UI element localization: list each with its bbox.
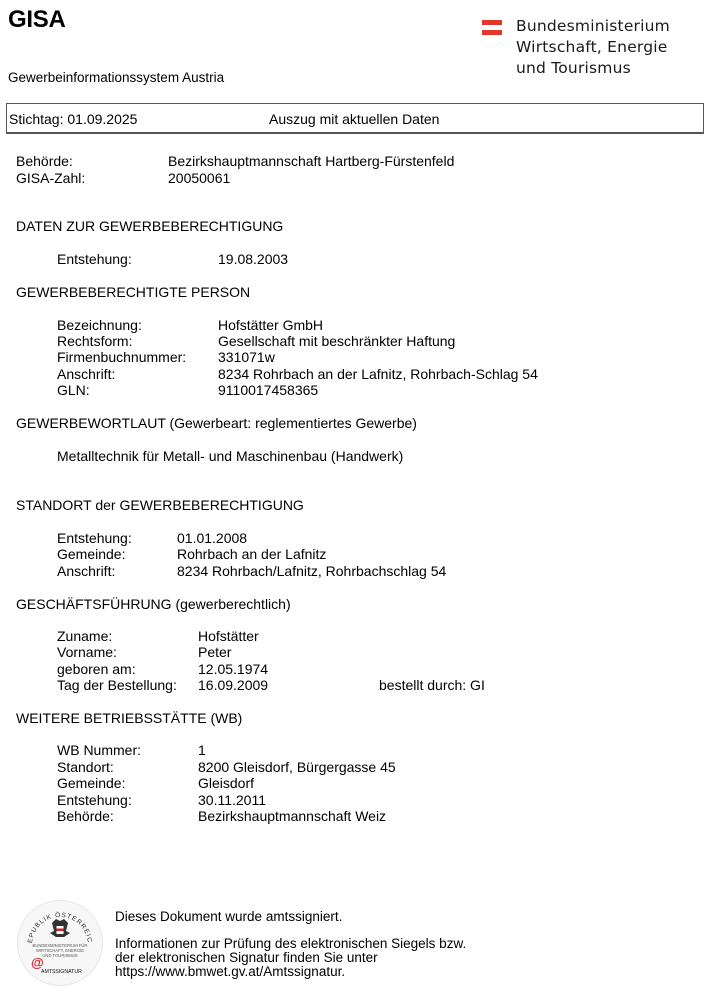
section-title-standort: STANDORT der GEWERBEBERECHTIGUNG — [16, 497, 304, 513]
section-title-geschaeftsfuehrung: GESCHÄFTSFÜHRUNG (gewerberechtlich) — [16, 596, 291, 612]
field-value: 30.11.2011 — [198, 792, 266, 808]
field-value: 16.09.2009 — [198, 677, 268, 693]
signed-notice: Dieses Dokument wurde amtssigniert. — [115, 910, 342, 924]
field-value: Hofstätter — [198, 628, 259, 644]
field-label: GLN: — [57, 382, 90, 398]
field-label: Behörde: — [57, 808, 114, 824]
field-value: Hofstätter GmbH — [218, 317, 323, 333]
field-label: Bezeichnung: — [57, 317, 142, 333]
austrian-flag-stripe-bottom-icon — [482, 30, 502, 35]
field-value: Peter — [198, 644, 231, 660]
field-label: Entstehung: — [57, 251, 132, 267]
field-value: Bezirkshauptmannschaft Weiz — [198, 808, 386, 824]
field-label: Rechtsform: — [57, 333, 132, 349]
appointed-by: bestellt durch: GI — [379, 677, 485, 693]
ministry-line-3: und Tourismus — [516, 58, 670, 79]
svg-text:@: @ — [31, 955, 44, 970]
section-title-berechtigung: DATEN ZUR GEWERBEBERECHTIGUNG — [16, 218, 283, 234]
field-value: 01.01.2008 — [177, 530, 247, 546]
authority-value: Bezirkshauptmannschaft Hartberg-Fürstenf… — [168, 153, 454, 169]
ministry-line-2: Wirtschaft, Energie — [516, 37, 670, 58]
section-title-wortlaut: GEWERBEWORTLAUT (Gewerbeart: reglementie… — [16, 415, 417, 431]
svg-text:AMTSSIGNATUR: AMTSSIGNATUR — [41, 969, 82, 975]
field-label: Zuname: — [57, 628, 112, 644]
field-value: 1 — [198, 742, 206, 758]
field-value: 8200 Gleisdorf, Bürgergasse 45 — [198, 759, 396, 775]
field-label: WB Nummer: — [57, 742, 141, 758]
field-label: Anschrift: — [57, 366, 115, 382]
svg-text:UND TOURISMUS: UND TOURISMUS — [42, 953, 77, 958]
field-label: Entstehung: — [57, 792, 132, 808]
field-label: Anschrift: — [57, 563, 115, 579]
field-label: Tag der Bestellung: — [57, 677, 177, 693]
authority-label: Behörde: — [16, 153, 73, 169]
austrian-flag-stripe-top-icon — [482, 20, 502, 25]
field-value: 8234 Rohrbach/Lafnitz, Rohrbachschlag 54 — [177, 563, 446, 579]
extract-banner: Stichtag: 01.09.2025 Auszug mit aktuelle… — [6, 103, 704, 134]
field-label: Standort: — [57, 759, 114, 775]
field-label: Entstehung: — [57, 530, 132, 546]
reference-date: Stichtag: 01.09.2025 — [9, 111, 137, 127]
verification-info-line-2: der elektronischen Signatur finden Sie u… — [115, 951, 378, 965]
seal-graphic: REPUBLIK ÖSTERREICH BUNDESMINISTERIUM FÜ… — [18, 901, 102, 985]
field-label: geboren am: — [57, 661, 136, 677]
ministry-line-1: Bundesministerium — [516, 16, 670, 37]
field-label: Gemeinde: — [57, 775, 125, 791]
field-value: 331071w — [218, 349, 275, 365]
section-title-betriebsstaette: WEITERE BETRIEBSSTÄTTE (WB) — [16, 710, 242, 726]
field-value: Gesellschaft mit beschränkter Haftung — [218, 333, 455, 349]
field-label: Firmenbuchnummer: — [57, 349, 186, 365]
field-value: Rohrbach an der Lafnitz — [177, 546, 326, 562]
app-title: GISA — [8, 6, 65, 34]
trade-description: Metalltechnik für Metall- und Maschinenb… — [57, 448, 403, 464]
eagle-icon — [50, 919, 70, 937]
field-value: Gleisdorf — [198, 775, 254, 791]
section-title-person: GEWERBEBERECHTIGTE PERSON — [16, 284, 250, 300]
verification-url: https://www.bmwet.gv.at/Amtssignatur. — [115, 965, 345, 979]
field-value: 8234 Rohrbach an der Lafnitz, Rohrbach-S… — [218, 366, 538, 382]
gisa-number-label: GISA-Zahl: — [16, 170, 85, 186]
app-subtitle: Gewerbeinformationssystem Austria — [8, 70, 224, 85]
verification-info-line-1: Informationen zur Prüfung des elektronis… — [115, 937, 466, 951]
gisa-number-value: 20050061 — [168, 170, 230, 186]
field-value: 19.08.2003 — [218, 251, 288, 267]
field-value: 12.05.1974 — [198, 661, 268, 677]
amtssignatur-seal-icon: REPUBLIK ÖSTERREICH BUNDESMINISTERIUM FÜ… — [17, 900, 103, 986]
ministry-name: Bundesministerium Wirtschaft, Energie un… — [516, 16, 670, 79]
field-label: Gemeinde: — [57, 546, 125, 562]
extract-type: Auszug mit aktuellen Daten — [269, 111, 439, 127]
field-label: Vorname: — [57, 644, 117, 660]
field-value: 9110017458365 — [218, 382, 318, 398]
